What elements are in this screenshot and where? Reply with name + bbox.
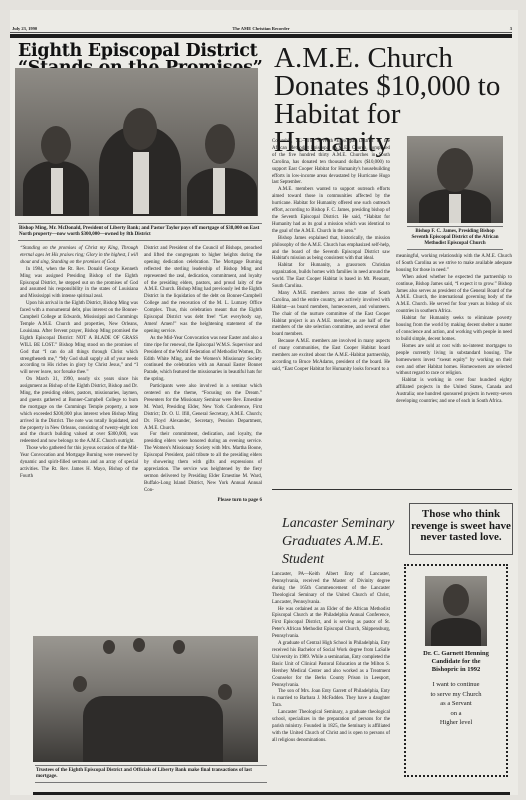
photo-head xyxy=(205,124,235,164)
candidate-ad-box: Dr. C. Garnett Henning Candidate for the… xyxy=(404,564,508,777)
paragraph: Homes are sold at cost with no-interest … xyxy=(396,344,512,379)
paragraph: Many A.M.E. members across the state of … xyxy=(272,291,390,339)
page-number: 3 xyxy=(510,26,512,31)
message-line: Higher level xyxy=(406,718,506,728)
photo-trustees-meeting xyxy=(33,636,258,762)
paragraph: Habitat is working in over four hundred … xyxy=(396,378,512,406)
message-line: I want to continue xyxy=(406,680,506,690)
paper-title: The AME Christian Recorder xyxy=(10,26,512,31)
photo-head xyxy=(103,640,115,654)
paragraph: Because A.M.E. members are involved in m… xyxy=(272,339,390,374)
paragraph: On March 31, 1990, nearly six years sinc… xyxy=(20,377,138,446)
paragraph: As the Mid-Year Convocation was near Eas… xyxy=(144,336,262,384)
paragraph: Lancaster, PA—Keith Albert Enty of Lanca… xyxy=(272,572,390,607)
photo-person xyxy=(431,618,481,646)
message-line: as a Servant xyxy=(406,699,506,709)
section-divider xyxy=(272,489,512,490)
paragraph: A.M.E. members wanted to support outreac… xyxy=(272,187,390,235)
left-article-column-1: “Standing on the promises of Christ my K… xyxy=(20,246,138,481)
paragraph: In 1984, when the Rt. Rev. Donald George… xyxy=(20,267,138,302)
paragraph: The son of Mrs. Joan Enty Garrett of Phi… xyxy=(272,689,390,710)
masthead-thin-rule xyxy=(10,32,512,33)
paragraph: For their commitment, dedication, and lo… xyxy=(144,432,262,494)
photo-head xyxy=(133,638,145,652)
photo-head xyxy=(73,676,87,692)
photo-head xyxy=(218,684,232,700)
photo-head xyxy=(443,584,469,616)
paragraph: A graduate of Central High School in Phi… xyxy=(272,641,390,689)
photo-head xyxy=(123,108,157,150)
photo-three-men xyxy=(15,68,258,216)
candidate-line: Candidate for the xyxy=(406,658,506,666)
photo-caption-bottom-left: Trustees of the Eighth Episcopal Distric… xyxy=(35,765,267,783)
paragraph: Lancaster Theological Seminary, a gradua… xyxy=(272,710,390,745)
message-line: to serve my Church xyxy=(406,690,506,700)
candidate-name: Dr. C. Garnett Henning xyxy=(406,650,506,658)
candidate-line: Bishopric in 1992 xyxy=(406,666,506,674)
photo-bishop-james xyxy=(407,136,503,223)
photo-dr-henning xyxy=(425,576,487,646)
bottom-rule-left xyxy=(33,792,273,795)
photo-shirt xyxy=(133,152,149,214)
masthead: July 23, 1990 The AME Christian Recorder… xyxy=(10,10,512,32)
paragraph: Participants were also involved in a sem… xyxy=(144,384,262,432)
paragraph: He was ordained as an Elder of the Afric… xyxy=(272,607,390,642)
left-article-column-2: District and President of the Council of… xyxy=(144,246,262,505)
continued-link[interactable]: Please turn to page 6 xyxy=(144,498,262,505)
photo-shirt xyxy=(51,168,63,214)
candidate-name-block: Dr. C. Garnett Henning Candidate for the… xyxy=(406,650,506,674)
paragraph: When asked whether he expected the partn… xyxy=(396,275,512,316)
photo-table xyxy=(83,696,223,762)
message-line: on a xyxy=(406,709,506,719)
paragraph: Upon his arrival in the Eighth District,… xyxy=(20,301,138,377)
candidate-message: I want to continue to serve my Church as… xyxy=(406,680,506,728)
photo-shirt xyxy=(213,168,225,214)
photo-head xyxy=(41,126,71,164)
right-article-column-2: meaningful, working relationship with th… xyxy=(396,254,512,406)
newspaper-page: July 23, 1990 The AME Christian Recorder… xyxy=(10,10,518,795)
photo-caption-top-left: Bishop Ming, Mr. McDonald, President of … xyxy=(18,223,262,241)
photo-head xyxy=(173,640,185,654)
paragraph: Columbia, SC—The Seventh Episcopal Distr… xyxy=(272,139,390,187)
right-article-column-1: Columbia, SC—The Seventh Episcopal Distr… xyxy=(272,139,390,374)
paragraph: meaningful, working relationship with th… xyxy=(396,254,512,275)
photo-caption-bishop-james: Bishop F. C. James, Presiding Bishop Sev… xyxy=(407,226,503,250)
photo-head xyxy=(437,148,473,192)
paragraph: Bishop James explained that, historicall… xyxy=(272,236,390,264)
bottom-rule-right xyxy=(272,792,510,795)
paragraph: Habitat for Humanity seeks to eliminate … xyxy=(396,316,512,344)
paragraph: District and President of the Council of… xyxy=(144,246,262,336)
quote-box: Those who think revenge is sweet have ne… xyxy=(409,503,513,555)
paragraph: Habitat for Humanity, a grassroots Chris… xyxy=(272,263,390,291)
seminary-article-column: Lancaster, PA—Keith Albert Enty of Lanca… xyxy=(272,572,390,745)
seminary-headline: Lancaster Seminary Graduates A.M.E. Stud… xyxy=(282,515,402,569)
epigraph: “Standing on the promises of Christ my K… xyxy=(20,246,138,267)
masthead-thick-rule xyxy=(10,34,512,38)
paragraph: Those who gathered for this joyous occas… xyxy=(20,446,138,481)
photo-shirt xyxy=(449,194,461,223)
